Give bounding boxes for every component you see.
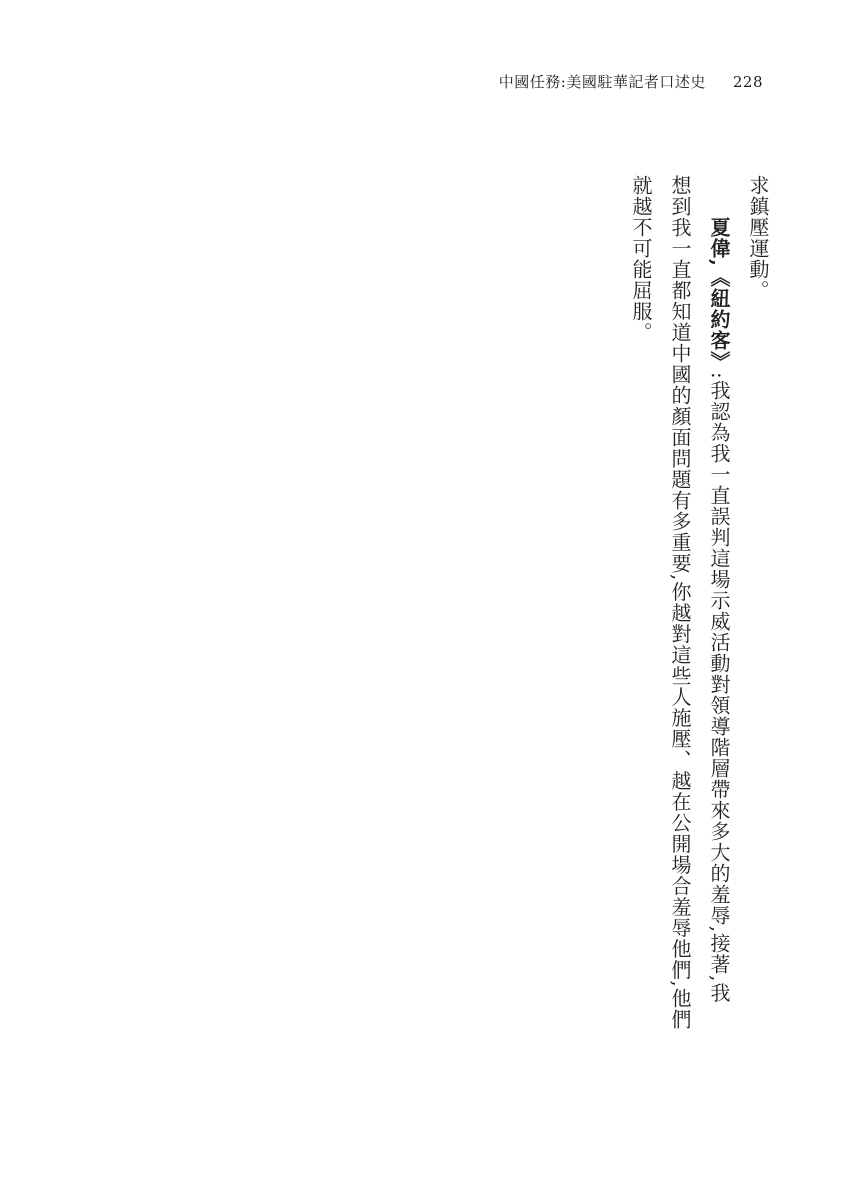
quote-paragraph-line-1: 夏偉,《紐約客》:我認為我一直誤判這場示威活動對領導階層帶來多大的羞辱,接著,我 [699, 175, 738, 1030]
continuation-text: 求鎮壓運動。 [746, 175, 770, 301]
page-header: 中國任務:美國駐華記者口述史 228 [499, 71, 763, 92]
page-number: 228 [733, 73, 763, 91]
quote-paragraph-line-3: 就越不可能屈服。 [621, 175, 660, 1030]
quote-paragraph-line-2: 想到我一直都知道中國的顏面問題有多重要,你越對這些人施壓、越在公開場合羞辱他們,… [660, 175, 699, 1030]
book-page: 中國任務:美國駐華記者口述史 228 求鎮壓運動。 夏偉,《紐約客》:我認為我一… [0, 0, 857, 1200]
speaker-attribution: 夏偉,《紐約客》 [707, 217, 731, 372]
quote-text-line-1: :我認為我一直誤判這場示威活動對領導階層帶來多大的羞辱,接著,我 [707, 372, 731, 1003]
quote-text-line-3: 就越不可能屈服。 [629, 175, 653, 343]
quote-text-line-2: 想到我一直都知道中國的顏面問題有多重要,你越對這些人施壓、越在公開場合羞辱他們,… [668, 175, 692, 1030]
vertical-text-block: 求鎮壓運動。 夏偉,《紐約客》:我認為我一直誤判這場示威活動對領導階層帶來多大的… [621, 175, 777, 1030]
running-title: 中國任務:美國駐華記者口述史 [499, 71, 706, 92]
paragraph-continuation-line: 求鎮壓運動。 [738, 175, 777, 1030]
